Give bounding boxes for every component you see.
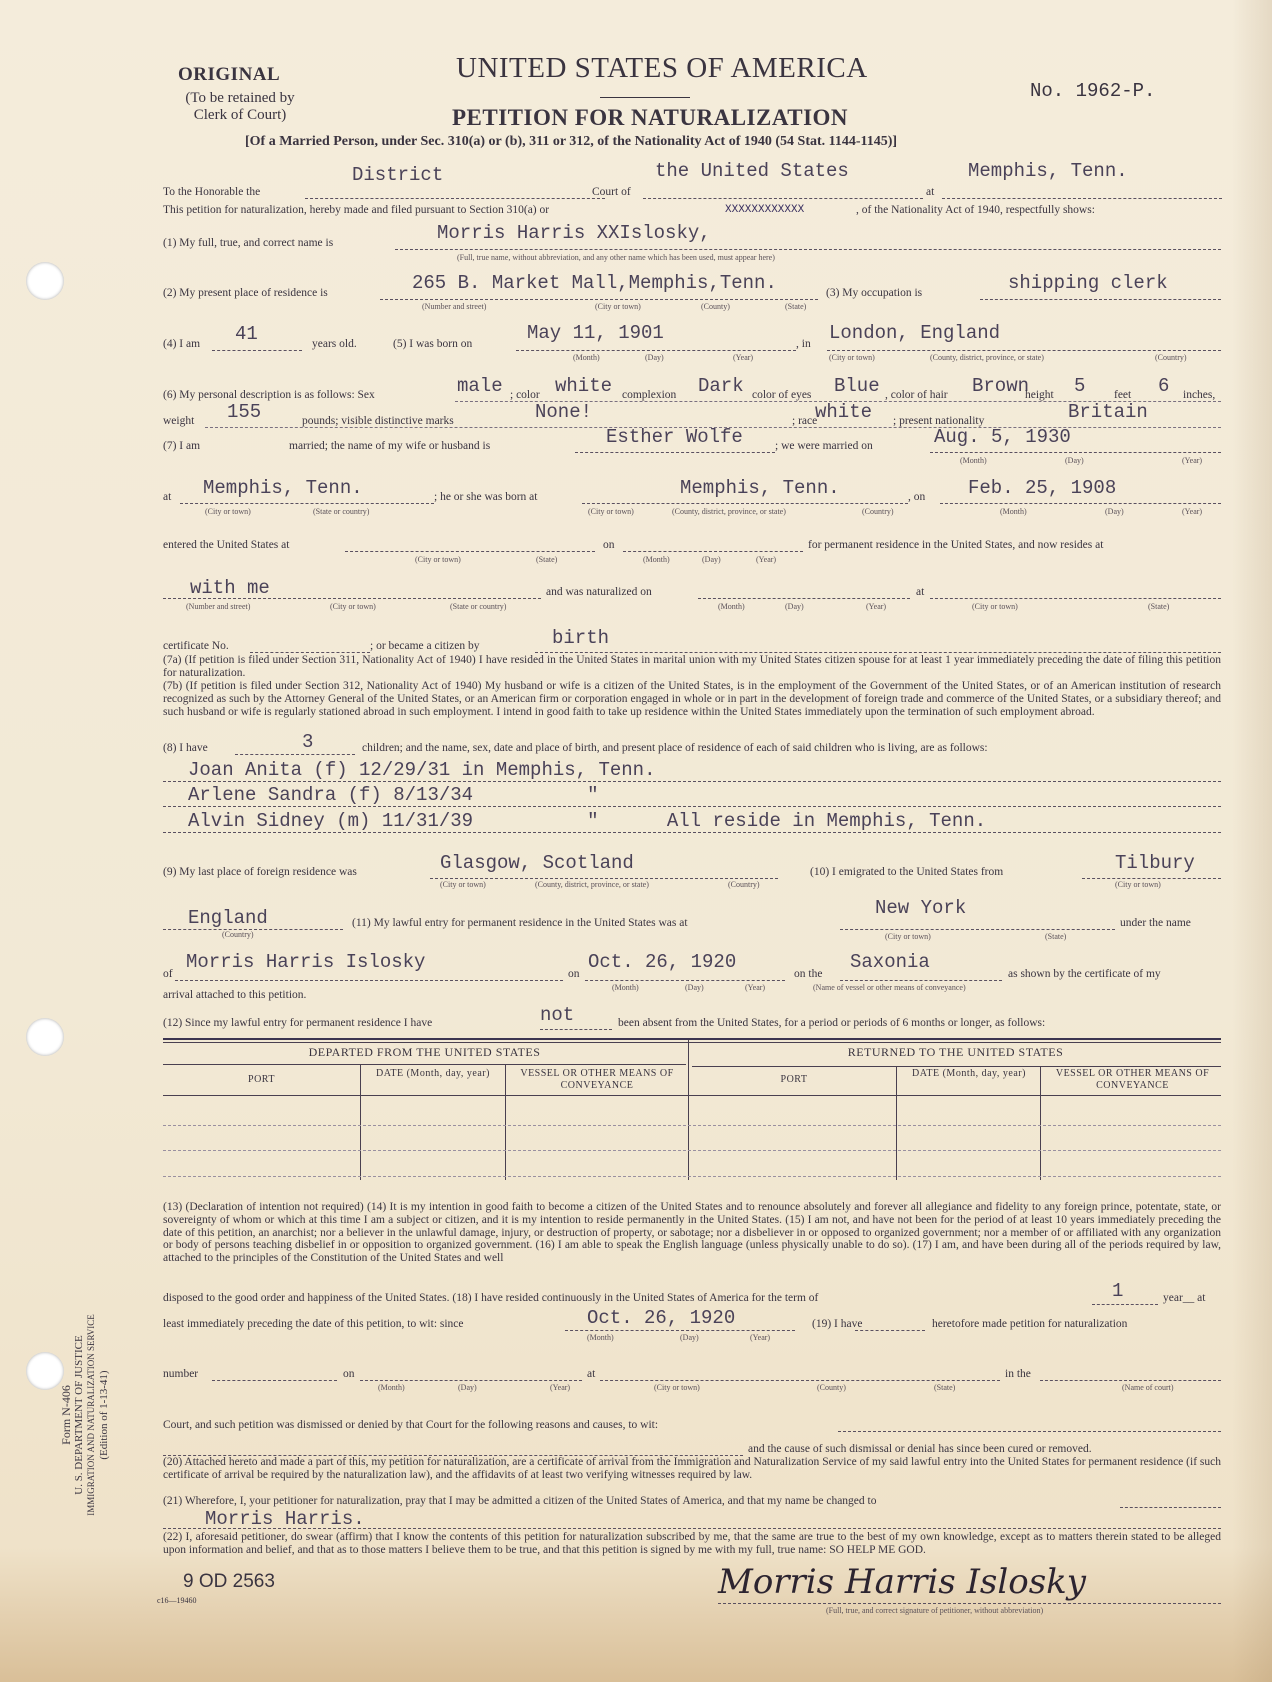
hint: (Day): [1065, 456, 1084, 465]
hint: (Month): [573, 353, 600, 362]
hint: (City or town): [595, 302, 641, 311]
entry-date-field: Oct. 26, 1920: [588, 951, 736, 973]
punch-hole: [26, 1018, 64, 1056]
label-since: least immediately preceding the date of …: [163, 1318, 464, 1330]
print-code: c16—19460: [157, 1596, 197, 1605]
section-20-text: (20) Attached hereto and made a part of …: [163, 1456, 1221, 1482]
new-name-field: Morris Harris.: [205, 1508, 365, 1530]
hint: (Month): [612, 983, 639, 992]
entry-place-field: New York: [875, 897, 966, 919]
child-row: Alvin Sidney (m) 11/31/39 " All reside i…: [188, 810, 986, 832]
hint-full-name: (Full, true name, without abbreviation, …: [457, 253, 775, 262]
label-absences: (12) Since my lawful entry for permanent…: [163, 1017, 432, 1029]
hint: (City or town): [440, 880, 486, 889]
hint: (State): [536, 555, 557, 564]
hint: (City or town): [205, 507, 251, 516]
age-field: 41: [235, 323, 258, 345]
label-on-the: on the: [794, 968, 822, 980]
hint: (Day): [645, 353, 664, 362]
label-entered: entered the United States at: [163, 539, 289, 551]
section-18-text: disposed to the good order and happiness…: [163, 1292, 818, 1304]
label-certificate-of-arrival: as shown by the certificate of my: [1008, 968, 1161, 980]
table-row: [163, 1150, 1221, 1151]
children-instructions: children; and the name, sex, date and pl…: [362, 742, 988, 754]
dismissed-text: Court, and such petition was dismissed o…: [163, 1419, 658, 1431]
label-race: ; race: [792, 415, 817, 427]
hint: (Name of court): [1122, 1383, 1174, 1392]
vessel-field: Saxonia: [850, 951, 930, 973]
hint: (Month): [960, 456, 987, 465]
hint: (City or town): [415, 555, 461, 564]
label-emigrated-from: (10) I emigrated to the United States fr…: [810, 866, 1003, 878]
eyes-field: Blue: [834, 375, 880, 397]
nationality-field: Britain: [1068, 401, 1148, 423]
hint: (Day): [685, 983, 704, 992]
hint: (Year): [750, 1333, 770, 1342]
label-years-old: years old.: [312, 338, 357, 350]
section-22-text: (22) I, aforesaid petitioner, do swear (…: [163, 1531, 1221, 1557]
hint: (Month): [378, 1383, 405, 1392]
label-eyes: color of eyes: [752, 389, 811, 401]
label-married: (7) I am: [163, 440, 200, 452]
label-in-the: in the: [1005, 1368, 1031, 1380]
birth-date-field: May 11, 1901: [527, 322, 664, 344]
label-at: at: [926, 186, 934, 198]
child-row: Joan Anita (f) 12/29/31 in Memphis, Tenn…: [188, 759, 655, 781]
hint: (Country): [222, 930, 254, 939]
label-i-have: (19) I have: [812, 1318, 862, 1330]
label-at: at: [163, 491, 171, 503]
label-occupation: (3) My occupation is: [826, 287, 922, 299]
label-inches: inches,: [1183, 389, 1215, 401]
label-weight: weight: [163, 415, 194, 427]
label-age: (4) I am: [163, 338, 200, 350]
hint: (State): [934, 1383, 955, 1392]
height-feet-field: 5: [1074, 375, 1085, 397]
occupation-field: shipping clerk: [1008, 272, 1168, 294]
label-color: ; color: [510, 389, 540, 401]
label-born-on: (5) I was born on: [393, 338, 472, 350]
marks-field: None!: [535, 401, 592, 423]
hint: (Year): [550, 1383, 570, 1392]
hint: (Day): [680, 1333, 699, 1342]
label-citizen-by: ; or became a citizen by: [370, 640, 480, 652]
col-port: PORT: [692, 1074, 896, 1086]
race-field: white: [815, 401, 872, 423]
hint: (Country): [728, 880, 760, 889]
hint: (Year): [756, 555, 776, 564]
punch-hole: [26, 262, 64, 300]
spouse-name-field: Esther Wolfe: [606, 426, 743, 448]
entry-name-field: Morris Harris Islosky: [186, 951, 425, 973]
title-divider: [600, 97, 690, 98]
label-year-at: year__ at: [1163, 1292, 1205, 1304]
label-complexion: complexion: [622, 389, 676, 401]
foreign-residence-field: Glasgow, Scotland: [440, 852, 634, 874]
service-name: IMMIGRATION AND NATURALIZATION SERVICE: [85, 1290, 98, 1540]
hint: (Country): [862, 507, 894, 516]
section-21-text: (21) Wherefore, I, your petitioner for n…: [163, 1495, 876, 1507]
retained-line-2: Clerk of Court): [160, 107, 320, 124]
label-description: (6) My personal description is as follow…: [163, 389, 375, 401]
label-marks: pounds; visible distinctive marks: [302, 415, 454, 427]
spouse-birth-date-field: Feb. 25, 1908: [968, 477, 1116, 499]
label-spouse-born: ; he or she was born at: [434, 491, 537, 503]
label-on: on: [603, 539, 615, 551]
section-7a-text: (7a) (If petition is filed under Section…: [163, 654, 1221, 680]
court-of-field: the United States: [655, 160, 849, 182]
color-field: white: [555, 375, 612, 397]
emigrated-from-field: Tilbury: [1115, 852, 1195, 874]
spouse-birthplace-field: Memphis, Tenn.: [680, 477, 840, 499]
birth-place-field: London, England: [829, 322, 1000, 344]
label-absences-end: been absent from the United States, for …: [618, 1017, 1045, 1029]
hint: (City or town): [972, 602, 1018, 611]
hint: (Day): [1105, 507, 1124, 516]
citizen-by-field: birth: [552, 627, 609, 649]
hint: (Month): [718, 602, 745, 611]
departed-header: DEPARTED FROM THE UNITED STATES: [163, 1046, 686, 1058]
hint: (City or town): [654, 1383, 700, 1392]
hint: (City or town): [588, 507, 634, 516]
hint: (Number and street): [422, 302, 486, 311]
weight-field: 155: [227, 401, 261, 423]
retained-note: (To be retained by Clerk of Court): [160, 90, 320, 124]
cured-text: and the cause of such dismissal or denia…: [748, 1443, 1092, 1455]
label-lawful-entry: (11) My lawful entry for permanent resid…: [352, 917, 688, 929]
col-vessel: VESSEL OR OTHER MEANS OF CONVEYANCE: [508, 1068, 686, 1092]
hint: (Name of vessel or other means of convey…: [813, 983, 966, 992]
now-resides-field: with me: [190, 577, 270, 599]
label-naturalized: and was naturalized on: [546, 586, 652, 598]
petitioner-signature: Morris Harris Islosky: [718, 1562, 1086, 1602]
hint: (County): [817, 1383, 846, 1392]
label-on: , on: [908, 491, 925, 503]
hair-field: Brown: [972, 375, 1029, 397]
col-vessel: VESSEL OR OTHER MEANS OF CONVEYANCE: [1044, 1068, 1221, 1092]
hint: (County, district, province, or state): [535, 880, 649, 889]
table-row: [163, 1125, 1221, 1126]
petition-number: No. 1962-P.: [1030, 80, 1155, 102]
col-port: PORT: [163, 1074, 360, 1086]
label-foreign-residence: (9) My last place of foreign residence w…: [163, 866, 357, 878]
hint: (Year): [1182, 456, 1202, 465]
col-date: DATE (Month, day, year): [368, 1068, 498, 1080]
label-to-honorable: To the Honorable the: [163, 186, 260, 198]
emigrated-country-field: England: [188, 907, 268, 929]
hint: (Day): [785, 602, 804, 611]
child-row: Arlene Sandra (f) 8/13/34 ": [188, 784, 598, 806]
residence-term-field: 1: [1112, 1280, 1123, 1302]
label-arrival-attached: arrival attached to this petition.: [163, 989, 306, 1001]
hint: (Month): [587, 1333, 614, 1342]
hint: (City or town): [330, 602, 376, 611]
label-children: (8) I have: [163, 742, 208, 754]
original-label: ORIGINAL: [178, 64, 280, 86]
preamble-text-end: , of the Nationality Act of 1940, respec…: [856, 204, 1095, 216]
hint: (County, district, province, or state): [930, 353, 1044, 362]
hint: (State): [1148, 602, 1169, 611]
col-date: DATE (Month, day, year): [900, 1068, 1038, 1080]
hint: (Number and street): [186, 602, 250, 611]
label-on: on: [568, 968, 580, 980]
hint: (Month): [1000, 507, 1027, 516]
hint: (County): [701, 302, 730, 311]
hint: (Year): [1182, 507, 1202, 516]
section-7b-text: (7b) (If petition is filed under Section…: [163, 680, 1221, 718]
stamp-number: 9 OD 2563: [183, 1571, 275, 1593]
label-at: at: [587, 1368, 595, 1380]
full-name-field: Morris Harris XXIslosky,: [437, 222, 711, 244]
married-date-field: Aug. 5, 1930: [934, 426, 1071, 448]
hint: (County, district, province, or state): [672, 507, 786, 516]
label-permanent-residence: for permanent residence in the United St…: [808, 539, 1103, 551]
since-date-field: Oct. 26, 1920: [587, 1307, 735, 1329]
height-inches-field: 6: [1158, 375, 1169, 397]
hint: (State): [1045, 932, 1066, 941]
hint: (City or town): [1115, 880, 1161, 889]
label-married-on: ; we were married on: [775, 440, 873, 452]
edition: (Edition of 1-13-41): [98, 1290, 111, 1540]
residence-field: 265 B. Market Mall,Memphis,Tenn.: [412, 272, 777, 294]
hint: (Country): [1155, 353, 1187, 362]
label-residence: (2) My present place of residence is: [163, 287, 328, 299]
label-number: number: [163, 1368, 198, 1380]
label-of: of: [163, 968, 173, 980]
label-heretofore: heretofore made petition for naturalizat…: [932, 1318, 1127, 1330]
preamble-text: This petition for naturalization, hereby…: [163, 204, 549, 216]
page-title: UNITED STATES OF AMERICA: [456, 52, 868, 85]
hint: (Day): [458, 1383, 477, 1392]
oath-sections-13-17: (13) (Declaration of intention not requi…: [163, 1201, 1221, 1265]
hint: (City or town): [885, 932, 931, 941]
hint: (City or town): [829, 353, 875, 362]
label-feet: feet: [1114, 389, 1131, 401]
department-name: U. S. DEPARTMENT OF JUSTICE: [73, 1290, 86, 1540]
label-spouse-name: married; the name of my wife or husband …: [289, 440, 490, 452]
struck-text: XXXXXXXXXXXX: [725, 204, 804, 216]
complexion-field: Dark: [698, 375, 744, 397]
statute-line: [Of a Married Person, under Sec. 310(a) …: [245, 134, 897, 150]
table-row: [163, 1176, 1221, 1177]
hint-signature: (Full, true, and correct signature of pe…: [826, 1606, 1043, 1615]
label-at: at: [916, 586, 924, 598]
label-certificate: certificate No.: [163, 640, 229, 652]
form-sidebar: Form N-406 U. S. DEPARTMENT OF JUSTICE I…: [60, 1290, 110, 1540]
hint: (Month): [643, 555, 670, 564]
hint: (State): [785, 302, 806, 311]
absent-field: not: [540, 1004, 574, 1026]
form-number: Form N-406: [60, 1290, 73, 1540]
court-type-field: District: [352, 164, 443, 186]
hint: (Year): [745, 983, 765, 992]
married-place-field: Memphis, Tenn.: [203, 477, 363, 499]
page-subtitle: PETITION FOR NATURALIZATION: [452, 105, 848, 131]
hint: (State or country): [313, 507, 369, 516]
sex-field: male: [457, 375, 503, 397]
hint: (Day): [702, 555, 721, 564]
label-hair: , color of hair: [885, 389, 948, 401]
hint: (State or country): [450, 602, 506, 611]
label-full-name: (1) My full, true, and correct name is: [163, 237, 333, 249]
label-on: on: [343, 1368, 355, 1380]
court-location-field: Memphis, Tenn.: [968, 160, 1128, 182]
hint: (Year): [733, 353, 753, 362]
returned-header: RETURNED TO THE UNITED STATES: [690, 1046, 1221, 1058]
label-under-name: under the name: [1120, 917, 1191, 929]
hint: (Year): [866, 602, 886, 611]
label-height: height: [1025, 389, 1054, 401]
retained-line-1: (To be retained by: [160, 90, 320, 107]
label-court-of: Court of: [592, 186, 631, 198]
label-in: , in: [796, 338, 811, 350]
children-count-field: 3: [302, 731, 313, 753]
